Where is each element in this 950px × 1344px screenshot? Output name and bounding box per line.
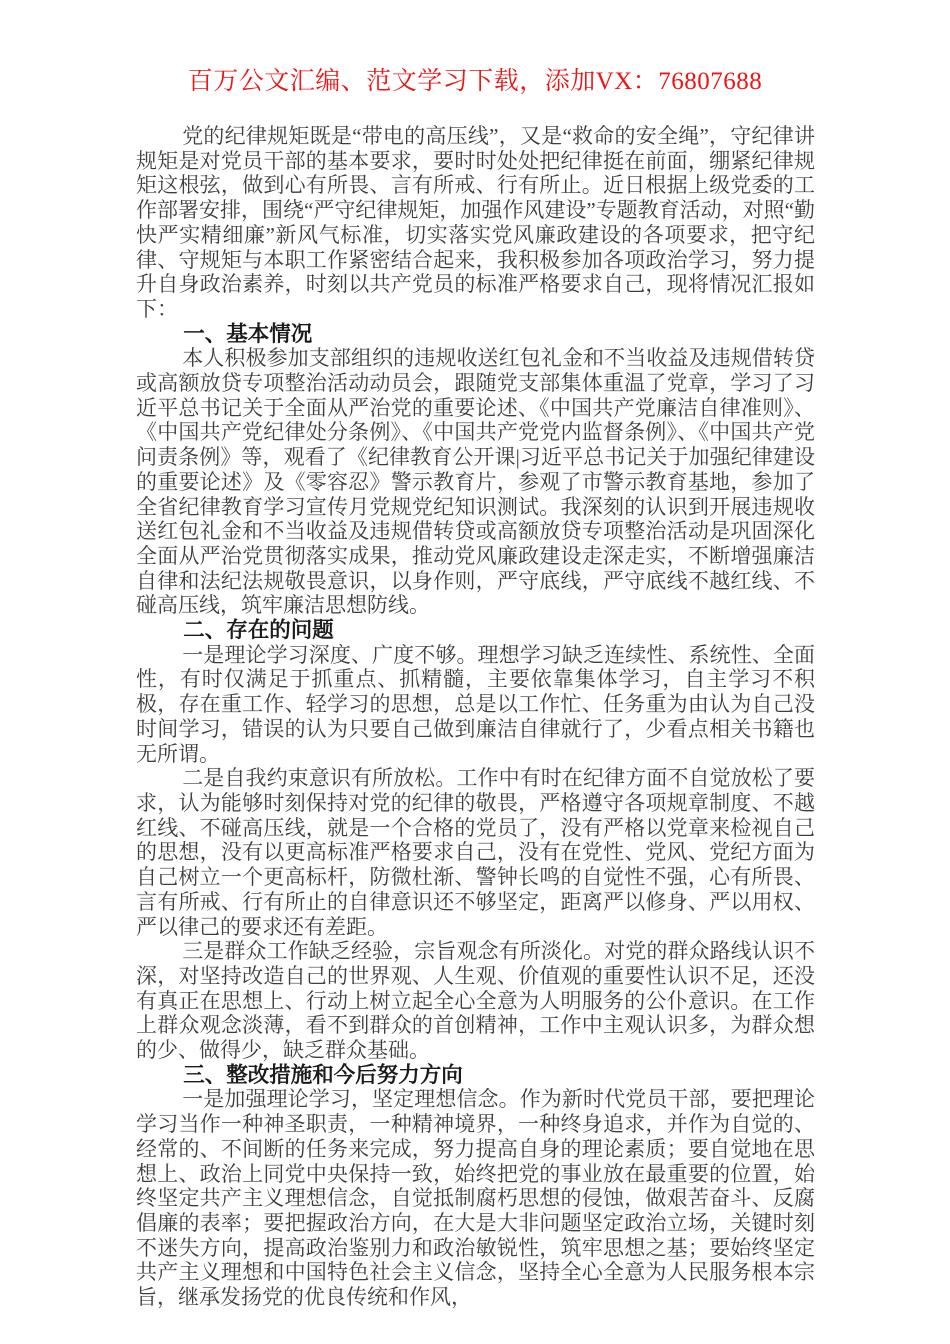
measure-1-paragraph: 一是加强理论学习，坚定理想信念。作为新时代党员干部，要把理论学习当作一种神圣职责… [136, 1087, 815, 1309]
basic-situation-paragraph: 本人积极参加支部组织的违规收送红包礼金和不当收益及违规借转贷或高额放贷专项整治活… [136, 346, 815, 618]
problem-2-paragraph: 二是自我约束意识有所放松。工作中有时在纪律方面不自觉放松了要求，认为能够时刻保持… [136, 766, 815, 939]
section-heading-basic-situation: 一、基本情况 [136, 322, 815, 347]
section-heading-rectification-measures: 三、整改措施和今后努力方向 [136, 1063, 815, 1088]
document-body: 党的纪律规矩既是“带电的高压线”，又是“救命的安全绳”，守纪律讲规矩是对党员干部… [136, 124, 815, 1310]
section-heading-existing-problems: 二、存在的问题 [136, 618, 815, 643]
promo-banner-text: 百万公文汇编、范文学习下载，添加VX：76807688 [0, 66, 950, 98]
document-page: 百万公文汇编、范文学习下载，添加VX：76807688 党的纪律规矩既是“带电的… [0, 0, 950, 1344]
problem-1-paragraph: 一是理论学习深度、广度不够。理想学习缺乏连续性、系统性、全面性，有时仅满足于抓重… [136, 643, 815, 767]
problem-3-paragraph: 三是群众工作缺乏经验，宗旨观念有所淡化。对党的群众路线认识不深，对坚持改造自己的… [136, 939, 815, 1063]
intro-paragraph: 党的纪律规矩既是“带电的高压线”，又是“救命的安全绳”，守纪律讲规矩是对党员干部… [136, 124, 815, 322]
